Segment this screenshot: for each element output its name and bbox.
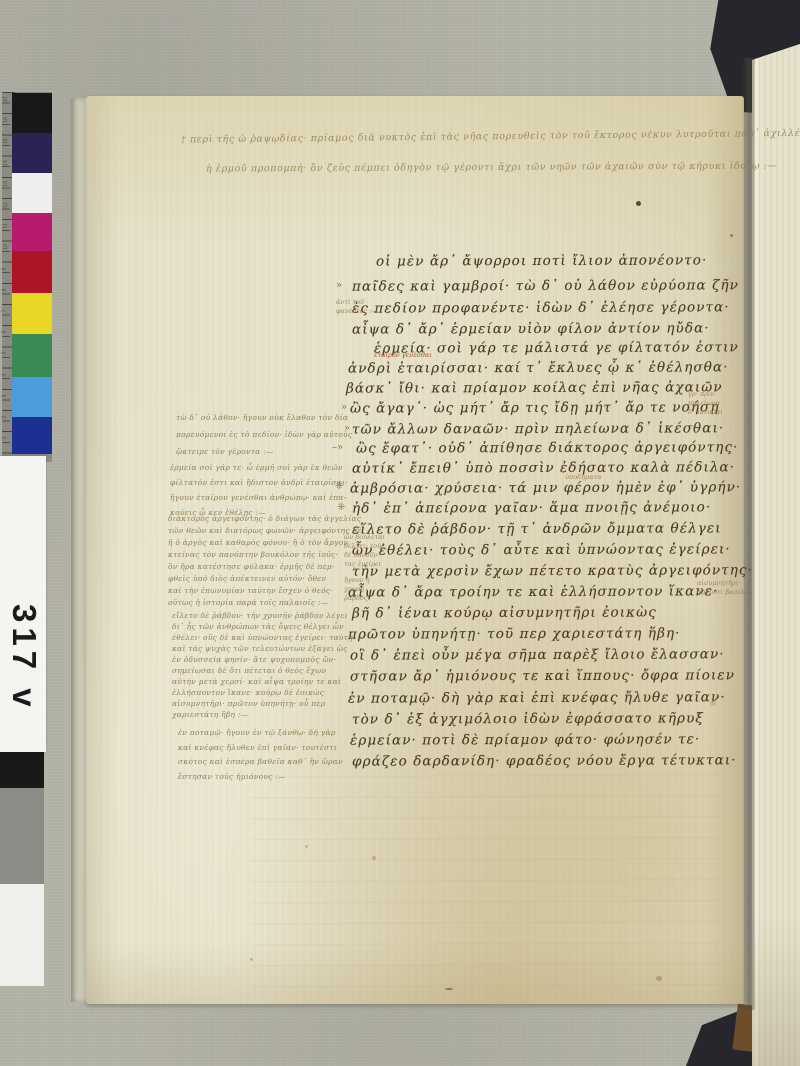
- scholia-line: εἵλετο δὲ ῥάβδον· τὴν χρυσῆν ῥάβδον λέγε…: [172, 611, 348, 620]
- scholia-line: καὶ τὴν ἐπωνυμίαν ταύτην ἔσχεν ὁ θεός·: [168, 586, 333, 595]
- verse-line: ἐς πεδίον προφανέντε· ἰδὼν δ᾽ ἐλέησε γέρ…: [352, 299, 730, 316]
- marginal-gloss-line: δὲ ὑπνοῦν-: [344, 551, 380, 559]
- ruler-number: 3: [1, 394, 7, 397]
- foxing-speck: [730, 234, 733, 237]
- marginal-gloss-line: δ᾽ ἱκέσθαι: [688, 408, 723, 416]
- color-patch-yellow: [12, 293, 52, 334]
- scholia-line: αὐτὴν μετὰ χερσί· καὶ αἶψα τροίην τε καὶ: [172, 677, 341, 686]
- scholia-line: οὕτως ἡ ἱστορία παρὰ τοῖς παλαιοῖς :—: [168, 598, 328, 607]
- ruler-number: 11: [3, 224, 9, 229]
- scholia-line: πορευόμενοι ἐς τὸ πεδίον· ἰδὼν γὰρ αὐτοὺ…: [176, 430, 352, 439]
- scholia-line: ᾤκτειρε τὸν γέροντα :—: [176, 447, 274, 456]
- gutter-shadow: [742, 58, 755, 1010]
- foxing-speck: [636, 201, 641, 206]
- foxing-speck: [372, 856, 376, 860]
- marginal-gloss-line: πηλεΐωνα: [688, 399, 720, 407]
- foxing-speck: [305, 845, 308, 848]
- ruler-number: 16: [3, 117, 9, 123]
- verse-line: ὣς ἔφατ᾽· οὐδ᾽ ἀπίθησε διάκτορος ἀργειφό…: [356, 439, 739, 456]
- scholia-line: τῶν θεῶν καὶ διατόρως φωνῶν· ἀργειφόντης…: [168, 526, 362, 535]
- color-patch-dark-violet: [12, 133, 52, 173]
- ruler-number: 4: [1, 373, 7, 376]
- verse-line: βῆ δ᾽ ἰέναι κούρῳ αἰσυμνητῆρι ἐοικὼς: [352, 604, 657, 621]
- verse-line: ἐν ποταμῷ· δὴ γὰρ καὶ ἐπὶ κνέφας ἤλυθε γ…: [348, 689, 726, 706]
- color-patch-white: [12, 173, 52, 213]
- ruler-number: 9: [1, 267, 7, 270]
- foxing-speck: [710, 700, 716, 706]
- verse-line: πρῶτον ὑπηνήτῃ· τοῦ περ χαριεστάτη ἥβη·: [348, 625, 681, 642]
- verse-line: φράζεο δαρδανίδη· φραδέος νόου ἔργα τέτυ…: [352, 752, 737, 769]
- scholia-line: ἐθέλει· οὓς δὲ καὶ ὑπνώοντας ἐγείρει· τα…: [172, 633, 353, 642]
- color-patch-green: [12, 334, 52, 377]
- scholia-line: χαριεστάτη ἥβη :—: [172, 710, 248, 719]
- marginal-gloss-line: ἤγουν ἡ: [344, 576, 370, 584]
- ruler-number: 14: [3, 160, 9, 166]
- scholia-line: διάκτορος ἀργειφόντης· ὁ διάγων τὰς ἀγγε…: [168, 514, 361, 523]
- scholia-line: ὃν ἥρα κατέστησε φύλακα· ἑρμῆς δὲ πεμ-: [168, 562, 335, 571]
- marginal-gloss-line: ὧν βούλεται: [344, 533, 385, 541]
- verse-line: στῆσαν ἄρ᾽ ἡμιόνους τε καὶ ἵππους· ὄφρα …: [350, 667, 735, 684]
- color-patch-black: [12, 93, 52, 133]
- interlinear-note: ἑταῖρον γενέσθαι: [374, 351, 432, 359]
- ruler-number: 7: [1, 310, 7, 313]
- marginal-gloss-line: φανέντες :—: [336, 307, 378, 315]
- foxing-speck: [445, 988, 453, 990]
- verse-line: εἵλετο δὲ ῥάβδον· τῇ τ᾽ ἀνδρῶν ὄμματα θέ…: [352, 520, 722, 537]
- verse-line: αὐτίκ᾽ ἔπειθ᾽ ὑπὸ ποσσὶν ἐδήσατο καλὰ πέ…: [352, 459, 735, 476]
- marginal-gloss-line: θέλγει· τοὺς: [344, 542, 385, 550]
- marginal-gloss-line: αἰσυμνητῆρι·: [697, 579, 740, 587]
- verse-line: βάσκ᾽ ἴθι· καὶ πρίαμον κοίλας ἐπὶ νῆας ἀ…: [346, 379, 723, 396]
- scholia-line: ἑλλήσποντον ἵκανε· κούρῳ δὲ ἐοικὼς: [172, 688, 324, 697]
- diple-mark: ⁜: [337, 502, 345, 513]
- scholia-line: ἑρμεία σοὶ γάρ τε· ὦ ἑρμῆ σοὶ γὰρ ἐκ θεῶ…: [170, 463, 343, 472]
- scholia-line: τὼ δ᾽ οὐ λάθον· ἤγουν οὐκ ἔλαθον τὸν δία: [176, 413, 348, 422]
- color-patch-red: [12, 251, 52, 293]
- verse-line: ἀνδρὶ ἑταιρίσσαι· καί τ᾽ ἔκλυες ᾧ κ᾽ ἐθέ…: [348, 359, 729, 376]
- show-through-text: [249, 774, 720, 988]
- verse-line: αἶψα δ᾽ ἄρα τροίην τε καὶ ἑλλήσποντον ἵκ…: [348, 583, 718, 600]
- grayscale-patch-white: [0, 884, 44, 986]
- fore-edge-shading: [752, 44, 800, 1066]
- marginal-gloss-line: γρ· πρὶν: [688, 390, 714, 398]
- scholia-line: ἐν ὀδυσσείᾳ φησίν· ἅτε ψυχοπομπὸς ὤν·: [172, 655, 336, 664]
- marginal-gloss-line: ῥάβδος: [344, 594, 367, 602]
- scholia-line: κτείνας τὸν πανόπτην βουκόλον τῆς ἰοῦς·: [168, 550, 338, 559]
- marginal-gloss-line: τας ἐγείρει: [344, 560, 381, 568]
- marginal-gloss-line: ἀντὶ τοῦ: [336, 298, 364, 306]
- diple-mark: –»: [332, 442, 343, 453]
- verse-line: αἶψα δ᾽ ἄρ᾽ ἑρμείαν υἱὸν φίλον ἀντίον ηὔ…: [352, 320, 710, 337]
- verse-line: ἀμβρόσια· χρύσεια· τά μιν φέρον ἠμὲν ἐφ᾽…: [350, 479, 741, 496]
- ruler-number: 8: [1, 288, 7, 291]
- grayscale-patch-black: [0, 752, 44, 788]
- ruler-number: 13: [3, 181, 9, 187]
- scholia-line: ἔστησαν τοὺς ἡμιόνους :—: [178, 772, 286, 781]
- folio-label: 317 v: [0, 456, 46, 752]
- scholia-line: ἢ ὁ ἀργὸς καὶ καθαρὸς φόνου· ἢ ὁ τὸν ἄργ…: [168, 538, 348, 547]
- scholia-line: ἤγουν ἑταῖρον γενέσθαι ἀνθρώπῳ· καὶ ἐπα-: [170, 493, 347, 502]
- scholia-line: ἐν ποταμῷ· ἤγουν ἐν τῷ ξάνθῳ· δὴ γὰρ: [178, 728, 336, 737]
- verse-line: τὴν μετὰ χερσὶν ἔχων πέτετο κρατὺς ἀργει…: [352, 562, 753, 579]
- color-patch-light-blue: [12, 377, 52, 417]
- folio-label-text: 317 v: [5, 604, 43, 712]
- marginal-gloss-line: ἄρχοντι βασιλεῖ: [697, 588, 751, 596]
- scholia-line: σημείωσαι δὲ ὅτι πέτεται ὁ θεὸς ἔχων: [172, 666, 326, 675]
- scholia-line: σκότος καὶ ἑσπέρα βαθεῖα καθ᾽ ἣν ὥραν: [178, 757, 343, 766]
- interlinear-note: ὑποδήματα: [565, 473, 602, 481]
- marginal-gloss-line: χρυσῆ: [344, 585, 364, 593]
- ruler-number: 15: [3, 139, 9, 145]
- verse-line: ὧν ἐθέλει· τοὺς δ᾽ αὖτε καὶ ὑπνώοντας ἐγ…: [352, 541, 731, 558]
- ruler-number: 10: [3, 245, 9, 251]
- verse-line: ὣς ἄγαγ᾽· ὡς μήτ᾽ ἄρ τις ἴδῃ μήτ᾽ ἄρ τε …: [350, 399, 720, 416]
- ruler-number: 6: [1, 331, 7, 334]
- color-patch-magenta: [12, 213, 52, 251]
- color-patch-dark-blue: [12, 417, 52, 454]
- verse-line: τὸν δ᾽ ἐξ ἀγχιμόλοιο ἰδὼν ἐφράσσατο κῆρυ…: [352, 710, 704, 727]
- scholia-line: καὶ τὰς ψυχὰς τῶν τελευτώντων ἐξάγει ὡς: [172, 644, 348, 653]
- ruler-number: 1: [1, 437, 7, 440]
- scholia-line: φίλτατόν ἐστι καὶ ἥδιστον ἀνδρὶ ἑταιρίσα…: [170, 478, 348, 487]
- ruler-number: 2: [1, 416, 7, 419]
- scholia-line: φθεὶς ὑπὸ διὸς ἀπέκτεινεν αὐτόν· ὅθεν: [168, 574, 326, 583]
- verse-line: ἠδ᾽ ἐπ᾽ ἀπείρονα γαῖαν· ἅμα πνοιῇς ἀνέμο…: [352, 499, 711, 516]
- grayscale-patch-gray: [0, 788, 44, 884]
- diple-mark: »: [341, 402, 347, 413]
- scholia-line: δι᾽ ἧς τῶν ἀνθρώπων τὰς ὄψεις θέλγει ὧν: [172, 622, 344, 631]
- verse-line: οἳ δ᾽ ἐπεὶ οὖν μέγα σῆμα παρὲξ ἴλοιο ἔλα…: [350, 646, 725, 663]
- ruler-number: 5: [1, 352, 7, 355]
- ruler-number: 12: [3, 202, 9, 208]
- foxing-speck: [656, 976, 662, 981]
- foxing-speck: [250, 958, 253, 961]
- verse-line: τῶν ἄλλων δαναῶν· πρὶν πηλείωνα δ᾽ ἱκέσθ…: [352, 420, 724, 437]
- verse-line: παῖδες καὶ γαμβροί· τὼ δ᾽ οὐ λάθον εὐρύο…: [352, 277, 739, 294]
- diple-mark: »: [336, 280, 342, 291]
- verse-line: ἑρμείαν· ποτὶ δὲ πρίαμον φάτο· φώνησέν τ…: [350, 731, 700, 748]
- verse-line: οἱ μὲν ἄρ᾽ ἄψορροι ποτὶ ἴλιον ἀπονέοντο·: [376, 252, 707, 269]
- scholia-line: αἰσυμνητῆρι· πρῶτον ὑπηνήτῃ· οὗ περ: [172, 699, 325, 708]
- ruler-number: 17: [3, 96, 9, 102]
- scholia-line: καὶ κνέφας ἤλυθεν ἐπὶ γαῖαν· τουτέστι: [178, 743, 337, 752]
